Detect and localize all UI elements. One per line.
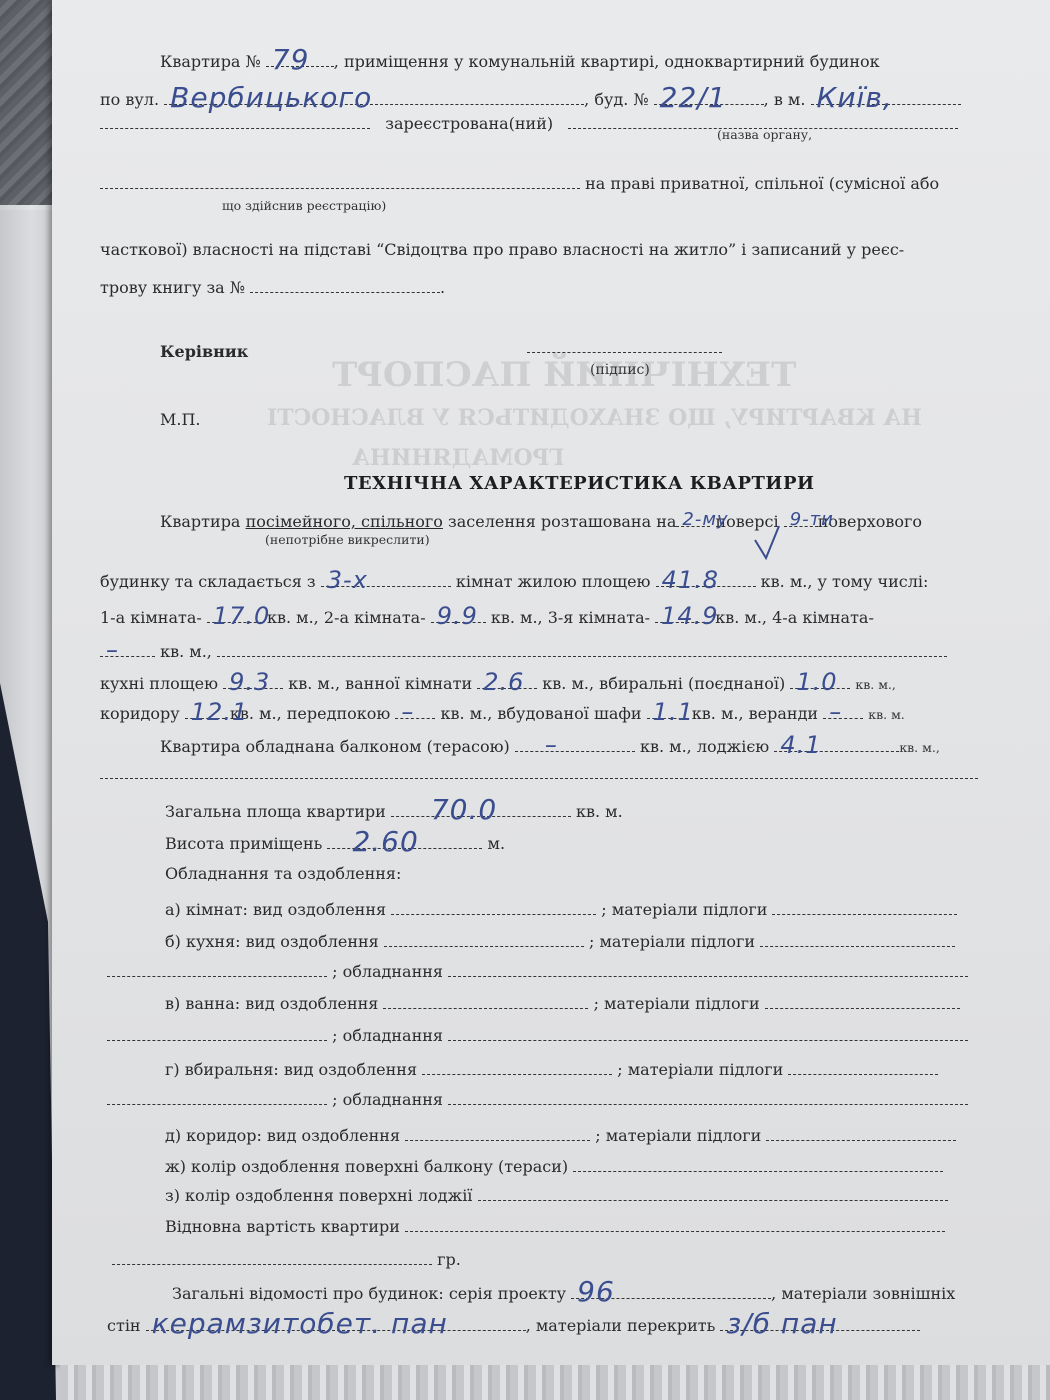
apartment-number-field[interactable]: 79	[266, 50, 334, 67]
checkmark-icon	[752, 522, 782, 562]
toilet-equipment-field[interactable]	[448, 1088, 968, 1105]
street-field[interactable]: Вербицького	[164, 88, 584, 105]
balcony-line: Квартира обладнана балконом (терасою) – …	[160, 735, 940, 758]
balcony-extra-line	[100, 762, 978, 784]
balcony-color-line: ж) колір оздоблення поверхні балкону (те…	[165, 1155, 943, 1177]
kitchen-area-field[interactable]: 9.3	[223, 672, 283, 689]
rooms-finish-field[interactable]	[391, 898, 596, 915]
room4-line: – кв. м.,	[100, 640, 947, 662]
corridor-finish-field[interactable]	[405, 1124, 590, 1141]
loggia-color-field[interactable]	[478, 1184, 948, 1201]
kitchen-finish-line: б) кухня: вид оздоблення ; матеріали під…	[165, 930, 955, 952]
street-line: по вул. Вербицького, буд. № 22/1, в м. К…	[100, 88, 961, 110]
city-field[interactable]: Київ,	[811, 88, 961, 105]
registrar-note: що здійснив реєстрацію)	[222, 196, 386, 216]
corridor-floor-field[interactable]	[766, 1124, 956, 1141]
head-label: Керівник	[160, 342, 248, 362]
corridor-area-field[interactable]: 12.1	[185, 702, 225, 719]
bleed-through-title: ТЕХНІЧНИЙ ПАСПОРТ	[332, 355, 796, 395]
kitchen-equipment-line: ; обладнання	[107, 960, 968, 982]
restoration-cost-line: Відновна вартість квартири	[165, 1215, 945, 1237]
rooms-line: будинку та складається з 3-х кімнат жило…	[100, 570, 928, 592]
wall-materials-field[interactable]: керамзитобет. пан	[146, 1314, 526, 1331]
ceiling-materials-field[interactable]: з/б пан	[720, 1314, 920, 1331]
stacked-pages-edge	[60, 1365, 1050, 1400]
background-fabric	[0, 0, 60, 210]
apartment-line: Квартира № 79, приміщення у комунальній …	[160, 50, 880, 72]
ceiling-height-field[interactable]: 2.60	[327, 832, 482, 849]
toilet-floor-continued-field[interactable]	[107, 1088, 327, 1105]
toilet-finish-line: г) вбиральня: вид оздоблення ; матеріали…	[165, 1058, 938, 1080]
total-area-field[interactable]: 70.0	[391, 800, 571, 817]
rooms-floor-field[interactable]	[772, 898, 957, 915]
ownership-line: на праві приватної, спільної (сумісної а…	[100, 172, 939, 194]
registration-line: зареєстрована(ний)	[100, 112, 958, 134]
bleed-through-line3: ГРОМАДЯНИНА	[352, 445, 564, 471]
kitchen-line: кухні площею 9.3 кв. м., ванної кімнати …	[100, 672, 896, 695]
signature-note: (підпис)	[590, 360, 650, 380]
closet-area-field[interactable]: 1.1	[647, 702, 687, 719]
total-floors-field[interactable]: 9-ти	[784, 510, 818, 527]
kitchen-finish-field[interactable]	[384, 930, 584, 947]
bath-equipment-line: ; обладнання	[107, 1024, 968, 1046]
bleed-through-subtitle: НА КВАРТИРУ, ЩО ЗНАХОДИТЬСЯ У ВЛАСНОСТІ	[267, 405, 922, 431]
living-area-field[interactable]: 41.8	[656, 570, 756, 587]
toilet-area-field[interactable]: 1.0	[790, 672, 850, 689]
occupancy-line: Квартира посімейного, спільного заселенн…	[160, 510, 922, 532]
corridor-finish-line: д) коридор: вид оздоблення ; матеріали п…	[165, 1124, 956, 1146]
floor-field[interactable]: 2-му	[676, 510, 710, 527]
basis-text: часткової) власності на підставі “Свідоц…	[100, 240, 904, 260]
finish-title: Обладнання та оздоблення:	[165, 864, 401, 884]
building-number-field[interactable]: 22/1	[654, 88, 764, 105]
rooms-count-field[interactable]: 3-х	[321, 570, 451, 587]
veranda-area-field[interactable]: –	[823, 702, 863, 719]
bath-finish-field[interactable]	[383, 992, 588, 1009]
kitchen-floor-continued-field[interactable]	[107, 960, 327, 977]
loggia-color-line: з) колір оздоблення поверхні лоджії	[165, 1184, 948, 1206]
authority-continuation-field[interactable]	[100, 172, 580, 189]
walls-line: стін керамзитобет. пан, матеріали перекр…	[107, 1314, 920, 1336]
strike-note: (непотрібне викреслити)	[265, 530, 430, 550]
room1-area-field[interactable]: 17.0	[207, 606, 262, 623]
cost-continued-line: гр.	[112, 1248, 461, 1270]
document-page: ТЕХНІЧНИЙ ПАСПОРТ НА КВАРТИРУ, ЩО ЗНАХОД…	[52, 0, 1050, 1365]
loggia-area-field[interactable]: 4.1	[774, 735, 899, 752]
room2-area-field[interactable]: 9.9	[431, 606, 486, 623]
restoration-cost-field[interactable]	[405, 1215, 945, 1232]
total-area-line: Загальна площа квартири 70.0 кв. м.	[165, 800, 623, 822]
rooms-finish-line: а) кімнат: вид оздоблення ; матеріали пі…	[165, 898, 957, 920]
height-line: Висота приміщень 2.60 м.	[165, 832, 505, 854]
signature-line	[527, 336, 722, 358]
rooms-extra-field[interactable]	[217, 640, 947, 657]
register-book-number-field[interactable]	[250, 276, 440, 293]
hallway-area-field[interactable]: –	[395, 702, 435, 719]
bathroom-area-field[interactable]: 2.6	[477, 672, 537, 689]
bath-finish-line: в) ванна: вид оздоблення ; матеріали під…	[165, 992, 960, 1014]
room-areas-line: 1-а кімната- 17.0 кв. м., 2-а кімната- 9…	[100, 606, 874, 628]
registration-blank-1[interactable]	[100, 112, 370, 129]
section-title: ТЕХНІЧНА ХАРАКТЕРИСТИКА КВАРТИРИ	[344, 474, 814, 494]
balcony-extra-field[interactable]	[100, 762, 978, 779]
project-series-field[interactable]: 96	[571, 1282, 771, 1299]
bath-floor-field[interactable]	[765, 992, 960, 1009]
signature-field[interactable]	[527, 336, 722, 353]
kitchen-floor-field[interactable]	[760, 930, 955, 947]
authority-note: (назва органу,	[717, 125, 812, 145]
corridor-line: коридору 12.1 кв. м., передпокою – кв. м…	[100, 702, 905, 725]
building-info-line: Загальні відомості про будинок: серія пр…	[172, 1282, 955, 1304]
register-book-line: трову книгу за № .	[100, 276, 445, 298]
balcony-color-field[interactable]	[573, 1155, 943, 1172]
bath-equipment-field[interactable]	[448, 1024, 968, 1041]
room3-area-field[interactable]: 14.9	[655, 606, 710, 623]
toilet-equipment-line: ; обладнання	[107, 1088, 968, 1110]
toilet-floor-field[interactable]	[788, 1058, 938, 1075]
room4-area-field[interactable]: –	[100, 640, 155, 657]
balcony-area-field[interactable]: –	[515, 735, 635, 752]
restoration-cost-continued-field[interactable]	[112, 1248, 432, 1265]
toilet-finish-field[interactable]	[422, 1058, 612, 1075]
bath-floor-continued-field[interactable]	[107, 1024, 327, 1041]
seal-label: М.П.	[160, 410, 201, 430]
kitchen-equipment-field[interactable]	[448, 960, 968, 977]
